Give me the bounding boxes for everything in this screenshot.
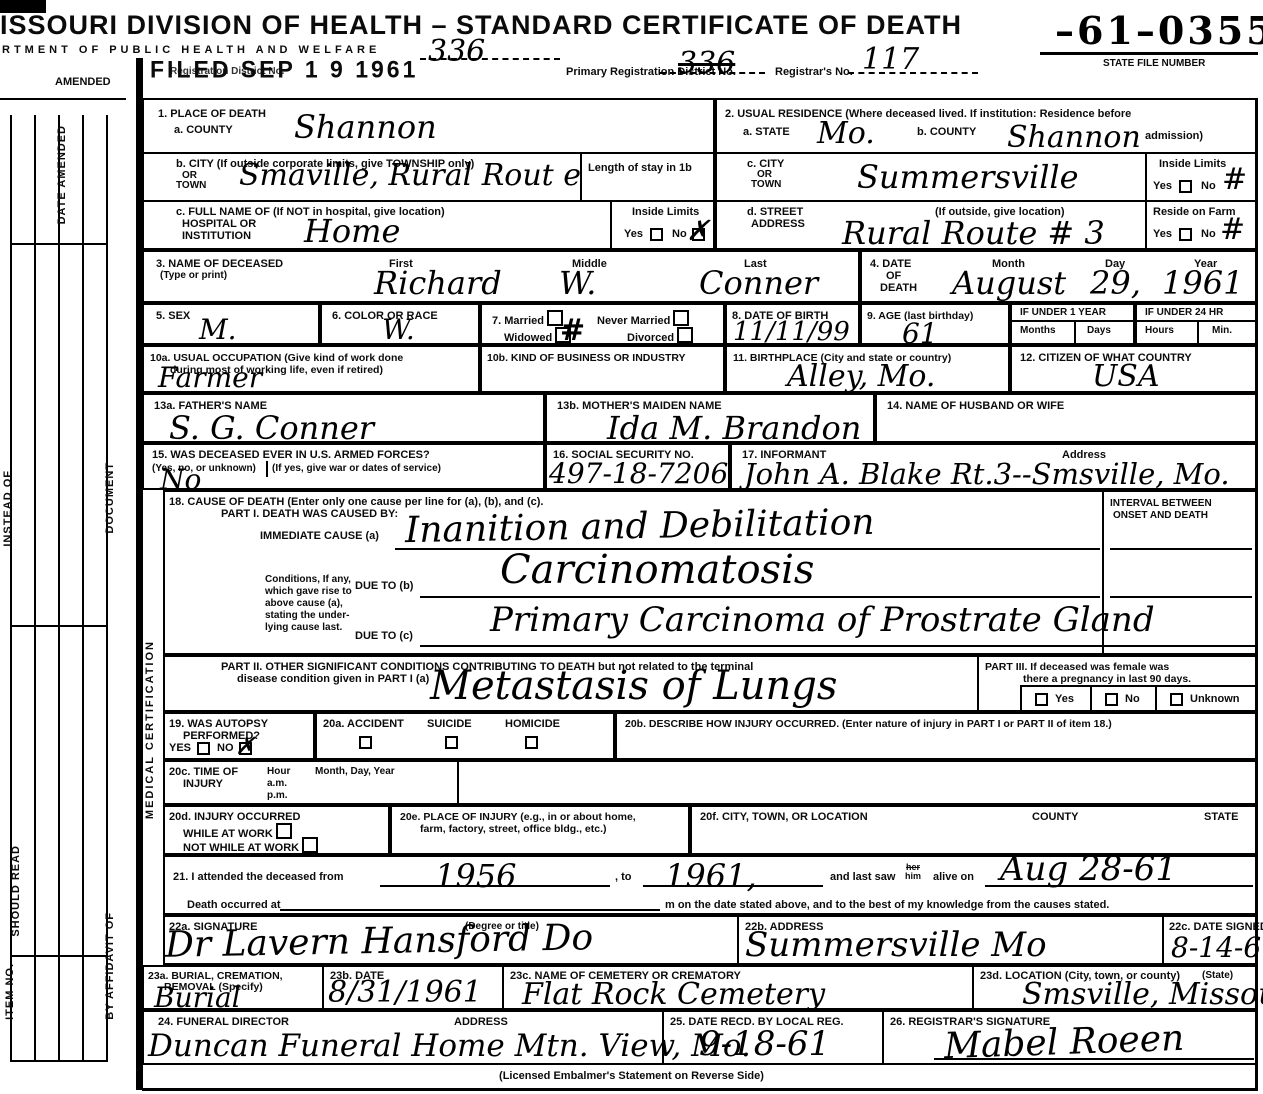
- field-20f-label: 20f. CITY, TOWN, OR LOCATION: [700, 811, 868, 824]
- divider: [717, 200, 1145, 202]
- field-20a-homicide-label: HOMICIDE: [505, 718, 560, 731]
- cause-c-line: [420, 645, 1256, 647]
- divider: [266, 461, 268, 477]
- field-20f-location: 20f. CITY, TOWN, OR LOCATION COUNTY STAT…: [690, 805, 1258, 855]
- field-1b-town: TOWN: [176, 180, 206, 192]
- field-19-yes-checkbox: [197, 742, 210, 755]
- field-2d-address: ADDRESS: [751, 218, 805, 231]
- divider: [580, 152, 582, 200]
- field-7-never-text: Never Married: [597, 315, 670, 327]
- field-19-yes-label: YES: [169, 742, 191, 755]
- field-18-interval-label1: INTERVAL BETWEEN: [1110, 498, 1212, 510]
- field-1b-value: Smaville, Rural Rout e: [239, 158, 581, 193]
- part3-yes-checkbox: [1035, 693, 1048, 706]
- field-19-no-mark: ✗: [235, 732, 255, 760]
- divider: [882, 1012, 884, 1065]
- divider: [1020, 685, 1022, 712]
- field-21-to-value: 1961,: [665, 857, 757, 895]
- field-4-date-of-death: 4. DATE OF DEATH Month Day Year August 2…: [860, 250, 1258, 303]
- field-17-value: John A. Blake Rt.3--Smsville, Mo.: [744, 457, 1230, 491]
- field-7-divorced-label: Divorced: [627, 327, 696, 345]
- field-1c-hospital: HOSPITAL OR: [182, 218, 256, 231]
- divider: [737, 917, 739, 965]
- sidebar-label-by-affidavit: BY AFFIDAVIT OF: [104, 912, 116, 1020]
- field-18-cond2: which gave rise to: [265, 586, 352, 598]
- line: [380, 885, 610, 887]
- field-20a-accident-label: 20a. ACCIDENT: [323, 718, 404, 731]
- field-20b-label: 20b. DESCRIBE HOW INJURY OCCURRED. (Ente…: [625, 718, 1112, 730]
- field-18-interval-label2: ONSET AND DEATH: [1113, 510, 1208, 522]
- field-2d-no-label: No: [1201, 228, 1216, 241]
- part3-unknown-checkbox: [1170, 693, 1183, 706]
- field-10b-label: 10b. KIND OF BUSINESS OR INDUSTRY: [487, 352, 686, 364]
- primary-district-value-crossed: 336: [678, 46, 735, 81]
- divider: [144, 200, 715, 202]
- line: [985, 885, 1253, 887]
- field-18-cond4: stating the under-: [265, 610, 349, 622]
- field-7-married-label: 7. Married: [492, 310, 566, 328]
- sidebar-rule: [10, 243, 108, 245]
- interval-line-b: [1110, 596, 1252, 598]
- field-11-birthplace: 11. BIRTHPLACE (City and state or countr…: [725, 345, 1010, 393]
- divider: [1020, 685, 1258, 687]
- file-number-line: [1040, 52, 1258, 55]
- sidebar-label-date-amended: DATE AMENDED: [56, 125, 68, 224]
- part2-value: Metastasis of Lungs: [430, 663, 837, 709]
- part3-yes-label: Yes: [1055, 693, 1074, 706]
- field-8-value: 11/11/99: [733, 317, 850, 347]
- field-1a-label: a. COUNTY: [174, 124, 233, 137]
- field-21-mid: and last saw: [830, 871, 895, 884]
- part3-no-label: No: [1125, 693, 1140, 706]
- field-21-her-him: herhim: [905, 863, 921, 881]
- field-3-last-value: Conner: [699, 264, 818, 302]
- field-21-attended: 21. I attended the deceased from 1956 , …: [163, 855, 1258, 915]
- field-24-value: Duncan Funeral Home Mtn. View, Mo.: [148, 1028, 751, 1064]
- right-rule: [1255, 98, 1258, 1091]
- field-18-cond5: lying cause last.: [265, 622, 342, 634]
- footer-note: (Licensed Embalmer's Statement on Revers…: [0, 1070, 1263, 1083]
- field-13b-value: Ida M. Brandon: [607, 409, 861, 447]
- field-2d-value: Rural Route # 3: [842, 214, 1105, 252]
- sidebar-rule: [10, 1060, 108, 1062]
- field-20e-label1: 20e. PLACE OF INJURY (e.g., in or about …: [400, 811, 636, 823]
- field-14-spouse: 14. NAME OF HUSBAND OR WIFE: [875, 393, 1258, 443]
- field-22a-signature: Dr Lavern Hansford Do: [165, 917, 594, 965]
- field-7-divorced-text: Divorced: [627, 332, 674, 344]
- registrar-no-line: [848, 72, 978, 74]
- divider: [662, 1012, 664, 1065]
- field-20c-label1: 20c. TIME OF: [169, 766, 238, 779]
- field-10a-value: Farmer: [158, 361, 262, 394]
- registrar-no-label: Registrar's No.: [775, 66, 853, 79]
- field-24-funeral-row: 24. FUNERAL DIRECTOR ADDRESS Duncan Fune…: [142, 1010, 1258, 1065]
- field-1c-no-label: No: [672, 228, 687, 241]
- divider: [717, 152, 1258, 154]
- field-13a-value: S. G. Conner: [169, 409, 374, 447]
- line: [643, 885, 823, 887]
- field-20c-am-label: a.m.: [267, 778, 287, 790]
- field-4-death: DEATH: [880, 282, 917, 295]
- field-7-never-label: Never Married: [597, 310, 692, 328]
- field-1c-institution: INSTITUTION: [182, 230, 251, 243]
- field-19-no-label: NO: [217, 742, 234, 755]
- field-13a-father: 13a. FATHER'S NAME S. G. Conner: [142, 393, 545, 443]
- field-16-ssn: 16. SOCIAL SECURITY NO. 497-18-7206: [545, 443, 730, 490]
- field-21-pre: 21. I attended the deceased from: [173, 871, 344, 884]
- primary-district-line: [660, 72, 765, 74]
- sidebar-header-rule: [0, 98, 126, 100]
- divider: [1197, 320, 1199, 345]
- field-20e-label2: farm, factory, street, office bldg., etc…: [420, 823, 607, 835]
- divider: [457, 762, 459, 805]
- part3-label2: there a pregnancy in last 90 days.: [1023, 673, 1191, 685]
- field-9-min-label: Min.: [1212, 325, 1232, 337]
- line: [280, 909, 660, 911]
- field-20a-homicide-checkbox: [525, 736, 538, 749]
- field-22-signature-row: 22a. SIGNATURE (Degree or title) Dr Lave…: [163, 915, 1258, 965]
- death-certificate-scan: ISSOURI DIVISION OF HEALTH – STANDARD CE…: [0, 0, 1263, 1094]
- field-4-title: 4. DATE: [870, 258, 911, 271]
- field-24-label: 24. FUNERAL DIRECTOR: [158, 1016, 289, 1029]
- field-23b-value: 8/31/1961: [328, 975, 482, 1010]
- field-18-cond1: Conditions, If any,: [265, 574, 351, 586]
- field-21-him: him: [905, 871, 921, 881]
- field-1c-no-mark: ✗: [686, 214, 709, 247]
- field-21-death-occurred2: m on the date stated above, and to the b…: [665, 899, 1109, 912]
- field-21-alive: alive on: [933, 871, 974, 884]
- interval-line-a: [1110, 548, 1252, 550]
- field-2c-no-mark: #: [1222, 162, 1247, 197]
- field-2-title2: admission): [1145, 130, 1203, 143]
- field-8-date-of-birth: 8. DATE OF BIRTH 11/11/99: [725, 303, 860, 345]
- field-1-place-of-death: 1. PLACE OF DEATH a. COUNTY Shannon b. C…: [142, 98, 715, 250]
- field-7-never-checkbox: [673, 310, 689, 326]
- divider: [610, 200, 612, 248]
- field-2c-inside-limits-label: Inside Limits: [1159, 158, 1226, 171]
- field-9-under24-label: IF UNDER 24 HR: [1145, 307, 1223, 319]
- field-20a-suicide-label: SUICIDE: [427, 718, 472, 731]
- field-18-due-c-label: DUE TO (c): [355, 630, 413, 643]
- field-7-widowed-text: Widowed: [504, 332, 552, 344]
- amended-label: AMENDED: [55, 76, 111, 89]
- field-22b-value: Summersville Mo: [745, 925, 1047, 965]
- divider: [502, 967, 504, 1010]
- bottom-rule: [142, 1088, 1258, 1091]
- field-15-label1: 15. WAS DECEASED EVER IN U.S. ARMED FORC…: [152, 449, 430, 462]
- field-6-value: W.: [382, 313, 415, 346]
- field-12-citizen: 12. CITIZEN OF WHAT COUNTRY USA: [1010, 345, 1258, 393]
- field-1-title: 1. PLACE OF DEATH: [158, 108, 266, 121]
- signature-line: [934, 1058, 1254, 1060]
- field-1a-value: Shannon: [294, 108, 437, 146]
- field-20a-accident-checkbox: [359, 736, 372, 749]
- field-7-divorced-checkbox: [677, 327, 693, 343]
- field-22c-value: 8-14-61: [1171, 931, 1263, 964]
- field-21-alive-value: Aug 28-61: [1000, 849, 1177, 889]
- state-file-number-label: STATE FILE NUMBER: [1103, 58, 1205, 70]
- field-18-cause-of-death: 18. CAUSE OF DEATH (Enter only one cause…: [163, 490, 1258, 655]
- field-20f-county-label: COUNTY: [1032, 811, 1078, 824]
- field-21-death-occurred: Death occurred at: [187, 899, 281, 912]
- district-number-handwritten: 336: [428, 34, 485, 69]
- field-18-immediate-label: IMMEDIATE CAUSE (a): [260, 530, 379, 543]
- field-18-part1: PART I. DEATH WAS CAUSED BY:: [221, 508, 398, 521]
- field-3-first-value: Richard: [374, 264, 502, 302]
- field-7-widowed-mark: #: [560, 313, 585, 348]
- district-dotted-line: [420, 58, 560, 60]
- field-4-month-value: August: [952, 264, 1066, 302]
- field-20c-pm-label: p.m.: [267, 790, 288, 802]
- sidebar-rule: [58, 115, 60, 1062]
- filed-stamp: FILED SEP 1 9 1961: [150, 55, 418, 83]
- divider: [1090, 685, 1092, 712]
- field-20e-place-of-injury: 20e. PLACE OF INJURY (e.g., in or about …: [390, 805, 690, 855]
- field-12-value: USA: [1092, 359, 1160, 394]
- field-2a-label: a. STATE: [743, 126, 790, 139]
- field-5-value: M.: [199, 313, 237, 346]
- field-part2-part3: PART II. OTHER SIGNIFICANT CONDITIONS CO…: [163, 655, 1258, 712]
- part3-label1: PART III. If deceased was female was: [985, 661, 1169, 673]
- part2-label2: disease condition given in PART I (a): [237, 673, 429, 686]
- field-2b-value: Shannon: [1007, 120, 1141, 155]
- state-file-number: –61–035580: [1055, 8, 1263, 53]
- field-13b-mother: 13b. MOTHER'S MAIDEN NAME Ida M. Brandon: [545, 393, 875, 443]
- field-1c-value: Home: [304, 212, 400, 250]
- field-20b-injury-description: 20b. DESCRIBE HOW INJURY OCCURRED. (Ente…: [615, 712, 1258, 760]
- field-1c-yes-checkbox: [650, 228, 663, 241]
- divider: [972, 967, 974, 1010]
- field-10a-occupation: 10a. USUAL OCCUPATION (Give kind of work…: [142, 345, 480, 393]
- field-20d-injury-work: 20d. INJURY OCCURRED WHILE AT WORK NOT W…: [163, 805, 390, 855]
- field-9-under-24-hr: IF UNDER 24 HR Hours Min.: [1135, 303, 1258, 345]
- sidebar-rule: [10, 955, 108, 957]
- sidebar-label-should-read: SHOULD READ: [10, 845, 22, 937]
- field-2c-yes-label: Yes: [1153, 180, 1172, 193]
- divider: [144, 152, 715, 154]
- field-2a-value: Mo.: [817, 116, 875, 151]
- field-17-informant: 17. INFORMANT Address John A. Blake Rt.3…: [730, 443, 1258, 490]
- cause-b-line: [420, 596, 1100, 598]
- sidebar-label-instead-of: INSTEAD OF: [2, 470, 14, 547]
- field-21-to-label: , to: [615, 871, 632, 884]
- field-11-value: Alley, Mo.: [787, 359, 935, 394]
- field-20d-notwhile: NOT WHILE AT WORK: [183, 837, 321, 855]
- field-9-under-1-year: IF UNDER 1 YEAR Months Days: [1010, 303, 1135, 345]
- field-9-days-label: Days: [1087, 325, 1111, 337]
- field-23c-value: Flat Rock Cemetery: [522, 977, 825, 1012]
- field-5-label: 5. SEX: [156, 310, 190, 323]
- field-3-title: 3. NAME OF DECEASED: [156, 258, 283, 271]
- field-15-armed-forces: 15. WAS DECEASED EVER IN U.S. ARMED FORC…: [142, 443, 545, 490]
- field-20a-suicide-checkbox: [445, 736, 458, 749]
- field-3-middle-value: W.: [559, 264, 596, 302]
- field-20d-label1: 20d. INJURY OCCURRED: [169, 811, 300, 824]
- field-2c-town: TOWN: [751, 179, 781, 191]
- field-20f-state-label: STATE: [1204, 811, 1238, 824]
- field-21-from-value: 1956: [435, 857, 516, 895]
- field-16-value: 497-18-7206: [549, 457, 728, 490]
- field-19-autopsy: 19. WAS AUTOPSY PERFORMED? YES NO ✗: [163, 712, 315, 760]
- divider: [1145, 200, 1258, 202]
- sidebar-label-document: DOCUMENT: [104, 462, 116, 534]
- field-9-age: 9. AGE (last birthday) 61: [860, 303, 1010, 345]
- divider: [977, 657, 979, 712]
- sidebar-rule: [10, 625, 108, 627]
- divider: [322, 967, 324, 1010]
- field-2b-label: b. COUNTY: [917, 126, 976, 139]
- field-2-title: 2. USUAL RESIDENCE (Where deceased lived…: [725, 108, 1131, 121]
- field-1b-stay-label: Length of stay in 1b: [588, 162, 692, 175]
- sidebar-label-item-no: ITEM NO.: [4, 963, 16, 1020]
- field-2c-value: Summersville: [857, 158, 1079, 196]
- field-4-of: OF: [886, 270, 901, 283]
- field-7-married-text: 7. Married: [492, 315, 544, 327]
- field-20c-mdy-label: Month, Day, Year: [315, 766, 395, 778]
- field-1c-yes-label: Yes: [624, 228, 643, 241]
- field-4-year-value: 1961: [1162, 264, 1243, 302]
- field-2d-yes-checkbox: [1179, 228, 1192, 241]
- field-4-day-value: 29,: [1090, 264, 1141, 302]
- field-18-title: 18. CAUSE OF DEATH (Enter only one cause…: [169, 496, 543, 509]
- sidebar-rule: [82, 115, 84, 1062]
- field-14-label: 14. NAME OF HUSBAND OR WIFE: [887, 400, 1064, 413]
- field-18-due-b-label: DUE TO (b): [355, 580, 413, 593]
- field-2d-yes-label: Yes: [1153, 228, 1172, 241]
- field-20a-accident: 20a. ACCIDENT SUICIDE HOMICIDE: [315, 712, 615, 760]
- sidebar-rule: [34, 115, 36, 1062]
- field-18-cond3: above cause (a),: [265, 598, 343, 610]
- field-3-name-of-deceased: 3. NAME OF DECEASED (Type or print) Firs…: [142, 250, 860, 303]
- field-23-burial-row: 23a. BURIAL, CREMATION, REMOVAL (Specify…: [142, 965, 1258, 1010]
- field-23d-value: Smsville, Missouri: [1022, 977, 1263, 1012]
- field-20d-notwhile-checkbox: [302, 837, 318, 853]
- field-20c-label2: INJURY: [183, 778, 223, 791]
- field-9-under1-label: IF UNDER 1 YEAR: [1020, 307, 1106, 319]
- field-25-value: 9-18-61: [699, 1024, 830, 1064]
- field-19-label1: 19. WAS AUTOPSY: [169, 718, 268, 731]
- medical-certification-label: MEDICAL CERTIFICATION: [144, 640, 156, 819]
- divider: [1162, 917, 1164, 965]
- divider: [1074, 320, 1076, 345]
- field-2d-label: d. STREET: [747, 206, 803, 219]
- field-18b-value: Carcinomatosis: [500, 547, 814, 593]
- field-2c-yes-checkbox: [1179, 180, 1192, 193]
- field-20d-notwhile-text: NOT WHILE AT WORK: [183, 842, 299, 854]
- field-9-months-label: Months: [1020, 325, 1056, 337]
- field-9-hours-label: Hours: [1145, 325, 1174, 337]
- field-15-label3: (If yes, give war or dates of service): [272, 463, 441, 475]
- field-5-sex: 5. SEX M.: [142, 303, 320, 345]
- divider: [1155, 685, 1157, 712]
- divider: [1102, 492, 1104, 655]
- field-2-usual-residence: 2. USUAL RESIDENCE (Where deceased lived…: [715, 98, 1258, 250]
- field-20c-time-of-injury: 20c. TIME OF INJURY Hour a.m. p.m. Month…: [163, 760, 1258, 805]
- field-6-color-or-race: 6. COLOR OR RACE W.: [320, 303, 480, 345]
- field-18a-value: Inanition and Debilitation: [405, 502, 875, 551]
- field-24-address-label: ADDRESS: [454, 1016, 508, 1029]
- field-7-marital-status: 7. Married Never Married Widowed # Divor…: [480, 303, 725, 345]
- field-10b-industry: 10b. KIND OF BUSINESS OR INDUSTRY: [480, 345, 725, 393]
- part3-unknown-label: Unknown: [1190, 693, 1240, 706]
- field-3-sub: (Type or print): [160, 270, 227, 282]
- field-20c-hour-label: Hour: [267, 766, 290, 778]
- field-2c-no-label: No: [1201, 180, 1216, 193]
- part3-no-checkbox: [1105, 693, 1118, 706]
- field-18c-value: Primary Carcinoma of Prostrate Gland: [490, 600, 1155, 640]
- field-2d-no-mark: #: [1220, 212, 1245, 247]
